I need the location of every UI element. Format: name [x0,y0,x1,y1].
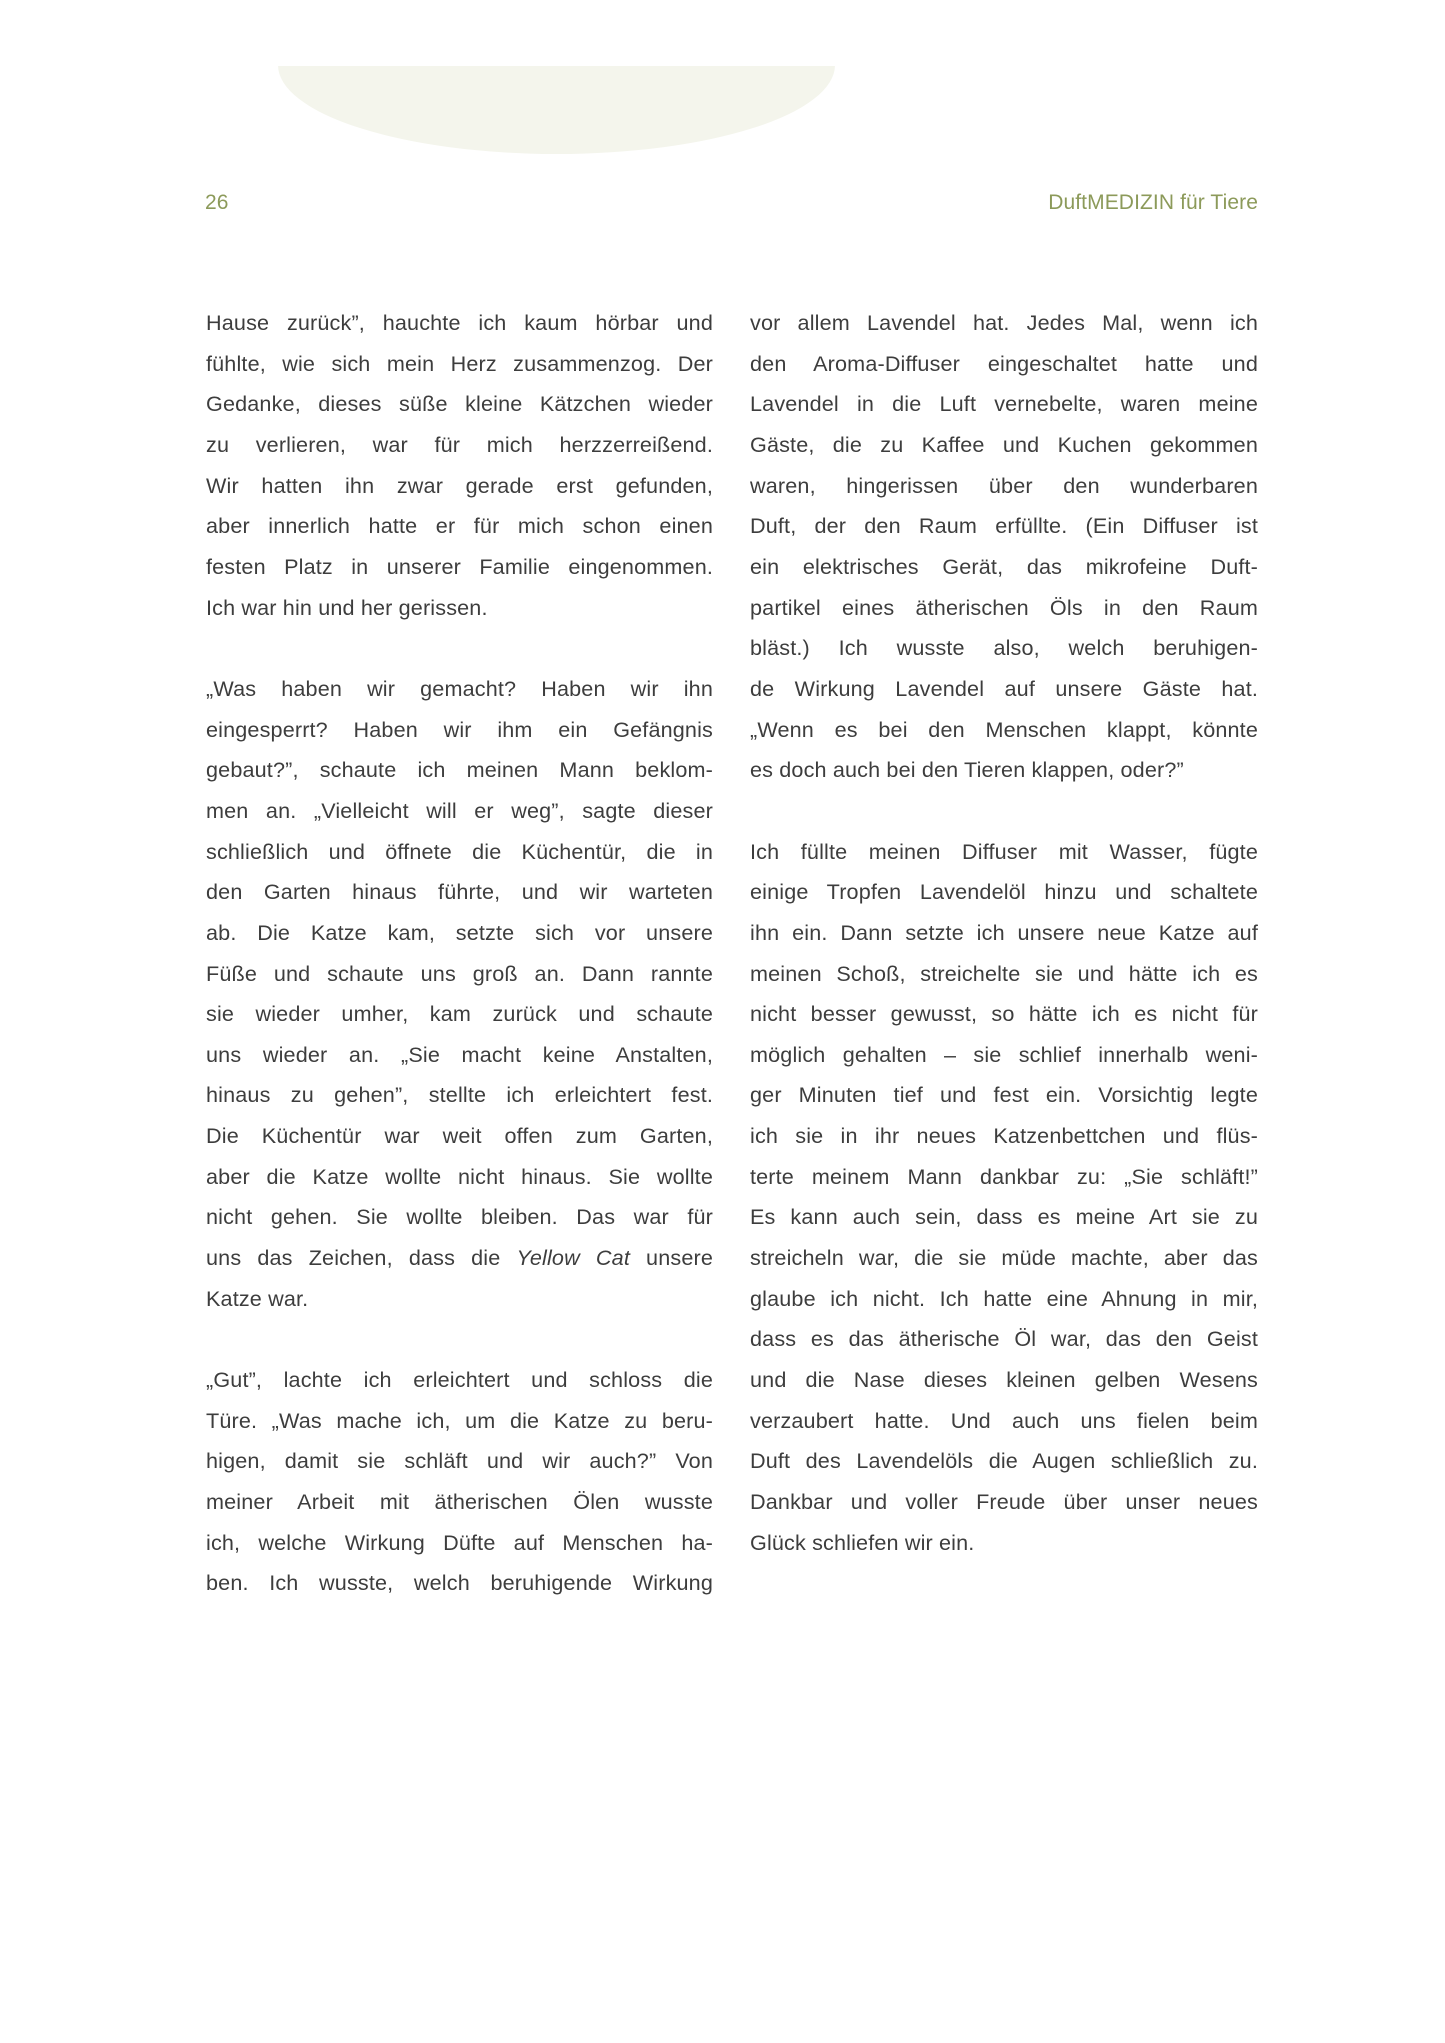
text-line: ein elektrisches Gerät, das mikrofeine D… [750,553,1258,594]
text-line: ich sie in ihr neues Katzenbettchen und … [750,1122,1258,1163]
text-line: aber innerlich hatte er für mich schon e… [206,512,713,553]
text-line: Es kann auch sein, dass es meine Art sie… [750,1203,1258,1244]
text-line: Gedanke, dieses süße kleine Kätzchen wie… [206,390,713,431]
text-line: ihn ein. Dann setzte ich unsere neue Kat… [750,919,1258,960]
text-line: ben. Ich wusste, welch beruhigende Wirku… [206,1569,713,1610]
text-column-right: vor allem Lavendel hat. Jedes Mal, wenn … [750,309,1258,1610]
text-line: meinen Schoß, streichelte sie und hätte … [750,960,1258,1001]
text-line: vor allem Lavendel hat. Jedes Mal, wenn … [750,309,1258,350]
text-line: Lavendel in die Luft vernebelte, waren m… [750,390,1258,431]
text-line: und die Nase dieses kleinen gelben Wesen… [750,1366,1258,1407]
text-line: Dankbar und voller Freude über unser neu… [750,1488,1258,1529]
paragraph: Hause zurück”, hauchte ich kaum hörbar u… [206,309,713,634]
text-line: eingesperrt? Haben wir ihm ein Gefängnis [206,716,713,757]
text-line: einige Tropfen Lavendelöl hinzu und scha… [750,878,1258,919]
text-line: Türe. „Was mache ich, um die Katze zu be… [206,1407,713,1448]
text-line: „Was haben wir gemacht? Haben wir ihn [206,675,713,716]
text-line: meiner Arbeit mit ätherischen Ölen wusst… [206,1488,713,1529]
text-line: Hause zurück”, hauchte ich kaum hörbar u… [206,309,713,350]
text-line-with-italic: uns das Zeichen, dass die Yellow Cat uns… [206,1244,713,1285]
text-line: uns wieder an. „Sie macht keine Anstalte… [206,1041,713,1082]
text-line: „Wenn es bei den Menschen klappt, könnte [750,716,1258,757]
text-line: den Garten hinaus führte, und wir wartet… [206,878,713,919]
text-line: bläst.) Ich wusste also, welch beruhigen… [750,634,1258,675]
paragraph: „Gut”, lachte ich erleichtert und schlos… [206,1366,713,1610]
text-line: ger Minuten tief und fest ein. Vorsichti… [750,1081,1258,1122]
text-line: ab. Die Katze kam, setzte sich vor unser… [206,919,713,960]
text-line: ich, welche Wirkung Düfte auf Menschen h… [206,1529,713,1570]
text-line: verzaubert hatte. Und auch uns fielen be… [750,1407,1258,1448]
text-line: Katze war. [206,1285,713,1326]
text-line: fühlte, wie sich mein Herz zusammenzog. … [206,350,713,391]
text-line: terte meinem Mann dankbar zu: „Sie schlä… [750,1163,1258,1204]
text-line: streicheln war, die sie müde machte, abe… [750,1244,1258,1285]
decorative-mask [0,0,1445,66]
text-line: Duft des Lavendelöls die Augen schließli… [750,1447,1258,1488]
text-line: Gäste, die zu Kaffee und Kuchen gekommen [750,431,1258,472]
paragraph: „Was haben wir gemacht? Haben wir ihn ei… [206,675,713,1326]
text-line: glaube ich nicht. Ich hatte eine Ahnung … [750,1285,1258,1326]
text-line: Duft, der den Raum erfüllte. (Ein Diffus… [750,512,1258,553]
text-line: partikel eines ätherischen Öls in den Ra… [750,594,1258,635]
text-line: Füße und schaute uns groß an. Dann rannt… [206,960,713,1001]
text-line: hinaus zu gehen”, stellte ich erleichter… [206,1081,713,1122]
text-line: dass es das ätherische Öl war, das den G… [750,1325,1258,1366]
text-line: den Aroma-Diffuser eingeschaltet hatte u… [750,350,1258,391]
text-column-left: Hause zurück”, hauchte ich kaum hörbar u… [206,309,713,1651]
text-fragment: uns das Zeichen, dass die [206,1245,517,1270]
running-title: DuftMEDIZIN für Tiere [1048,190,1258,216]
text-line: nicht gehen. Sie wollte bleiben. Das war… [206,1203,713,1244]
text-line: schließlich und öffnete die Küchentür, d… [206,838,713,879]
text-fragment: unsere [630,1245,713,1270]
text-line: „Gut”, lachte ich erleichtert und schlos… [206,1366,713,1407]
text-line: zu verlieren, war für mich herzzerreißen… [206,431,713,472]
text-line: aber die Katze wollte nicht hinaus. Sie … [206,1163,713,1204]
italic-phrase: Yellow Cat [517,1245,630,1270]
text-line: Glück schliefen wir ein. [750,1529,1258,1570]
paragraph: Ich füllte meinen Diffuser mit Wasser, f… [750,838,1258,1570]
paragraph: vor allem Lavendel hat. Jedes Mal, wenn … [750,309,1258,797]
text-line: higen, damit sie schläft und wir auch?” … [206,1447,713,1488]
text-line: gebaut?”, schaute ich meinen Mann beklom… [206,756,713,797]
page-number: 26 [205,190,229,216]
text-line: festen Platz in unserer Familie eingenom… [206,553,713,594]
text-line: es doch auch bei den Tieren klappen, ode… [750,756,1258,797]
text-line: waren, hingerissen über den wunderbaren [750,472,1258,513]
text-line: möglich gehalten – sie schlief innerhalb… [750,1041,1258,1082]
text-line: Ich war hin und her gerissen. [206,594,713,635]
text-line: de Wirkung Lavendel auf unsere Gäste hat… [750,675,1258,716]
text-line: Die Küchentür war weit offen zum Garten, [206,1122,713,1163]
text-line: sie wieder umher, kam zurück und schaute [206,1000,713,1041]
text-line: Wir hatten ihn zwar gerade erst gefunden… [206,472,713,513]
text-line: nicht besser gewusst, so hätte ich es ni… [750,1000,1258,1041]
text-line: men an. „Vielleicht will er weg”, sagte … [206,797,713,838]
text-line: Ich füllte meinen Diffuser mit Wasser, f… [750,838,1258,879]
